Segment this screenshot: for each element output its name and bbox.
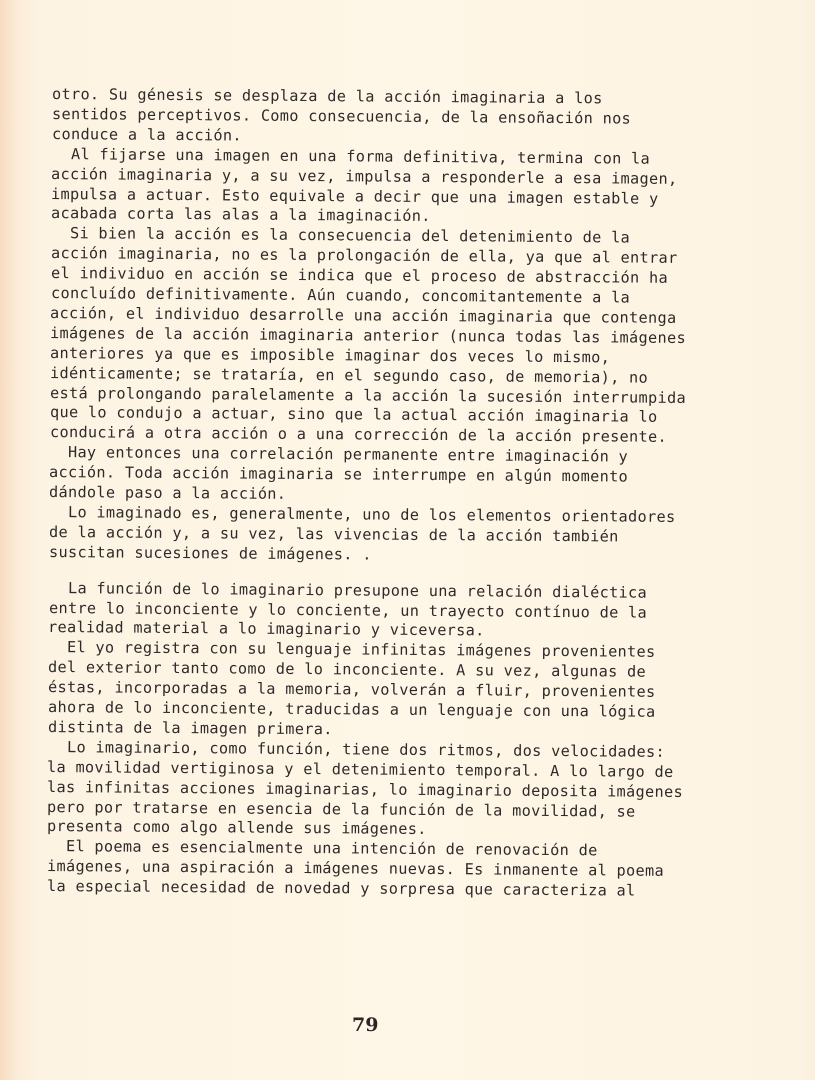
text-line: conduce a la acción. [52, 124, 242, 145]
page-number: 79 [352, 1014, 378, 1036]
scanned-book-page: otro. Su génesis se desplaza de la acció… [0, 0, 815, 1080]
text-line: suscitan sucesiones de imágenes. . [49, 542, 372, 565]
text-line: dándole paso a la acción. [49, 482, 286, 504]
text-line: la especial necesidad de novedad y sorpr… [46, 876, 635, 901]
text-line: distinta de la imagen primera. [48, 717, 333, 739]
